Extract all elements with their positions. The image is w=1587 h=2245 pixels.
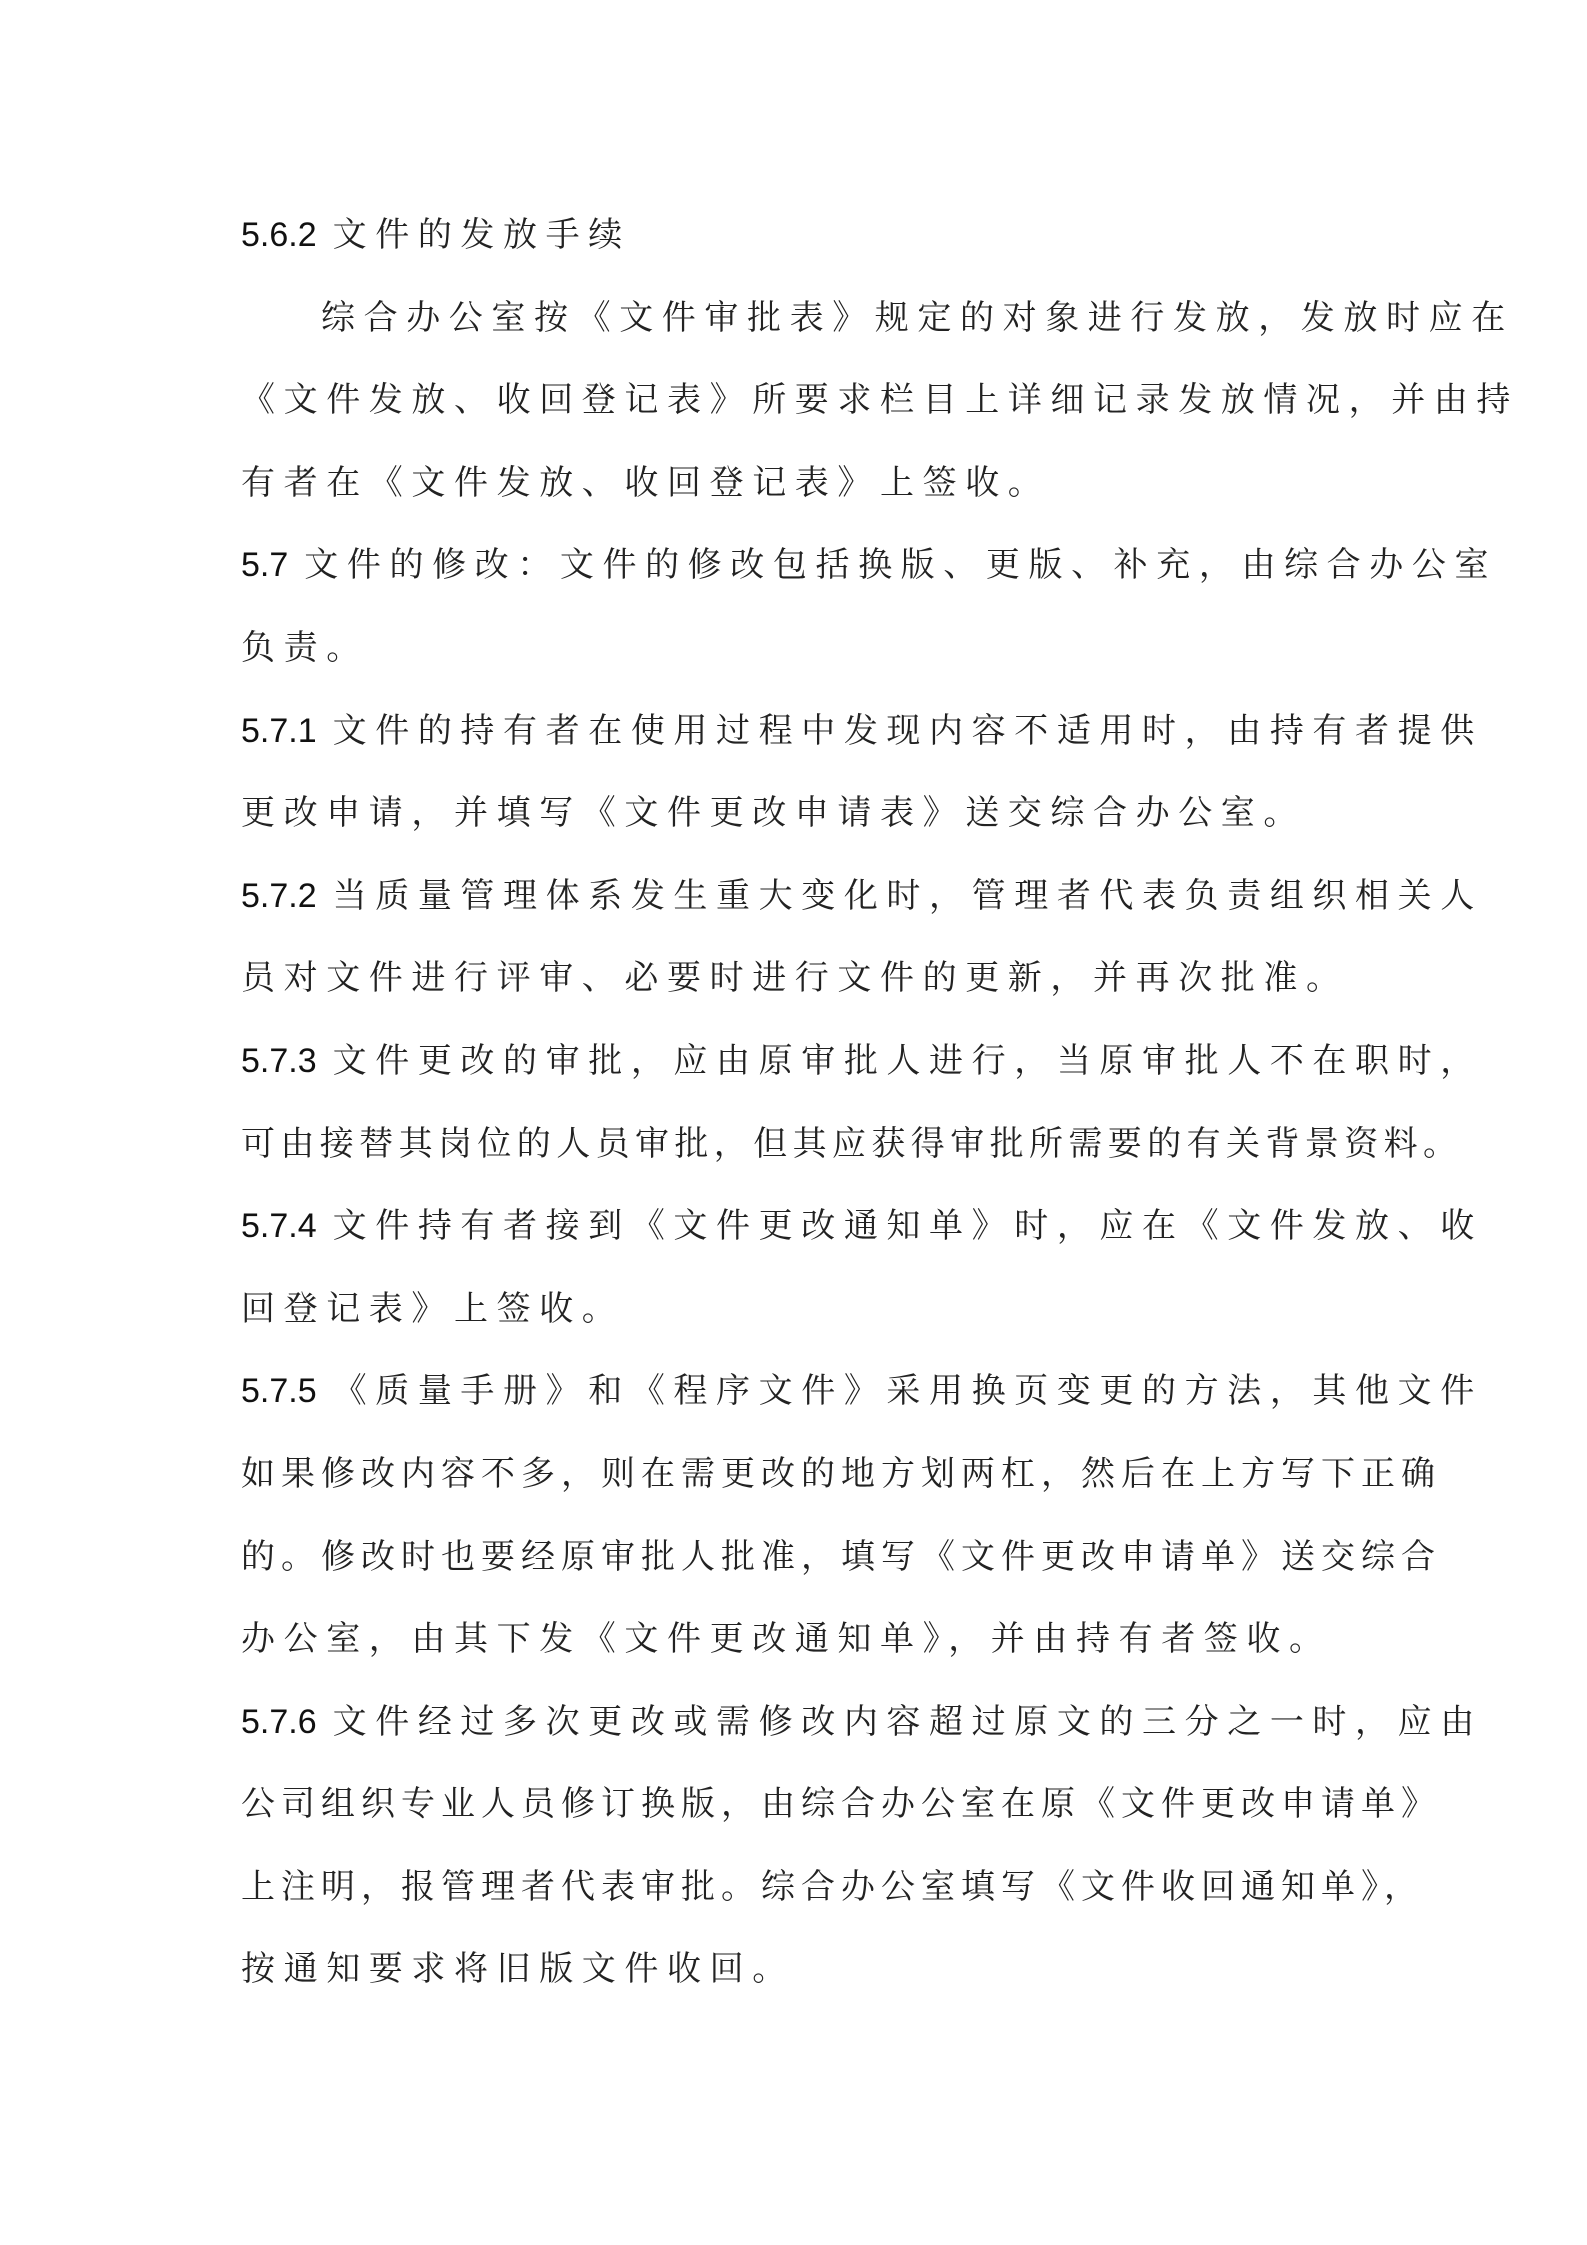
section-text: 文件持有者接到《文件更改通知单》时，应在《文件发放、收 (333, 1206, 1483, 1246)
section-5-7: 5.7文件的修改：文件的修改包括换版、更版、补充，由综合办公室 (241, 535, 1366, 618)
section-5-7-5: 5.7.5《质量手册》和《程序文件》采用换页变更的方法，其他文件 (241, 1361, 1366, 1444)
section-number: 5.7.3 (241, 1042, 317, 1080)
section-5-7-3: 5.7.3文件更改的审批，应由原审批人进行，当原审批人不在职时， (241, 1031, 1366, 1114)
section-number: 5.7 (241, 546, 288, 584)
section-text: 文件更改的审批，应由原审批人进行，当原审批人不在职时， (333, 1041, 1483, 1081)
section-number: 5.6.2 (241, 216, 317, 254)
paragraph-line: 有者在《文件发放、收回登记表》上签收。 (241, 453, 1366, 536)
paragraph-line: 更改申请，并填写《文件更改申请表》送交综合办公室。 (241, 783, 1366, 866)
document-page: 5.6.2文件的发放手续 综合办公室按《文件审批表》规定的对象进行发放，发放时应… (0, 0, 1587, 2245)
section-number: 5.7.5 (241, 1372, 317, 1410)
section-number: 5.7.4 (241, 1207, 317, 1245)
section-5-7-1: 5.7.1文件的持有者在使用过程中发现内容不适用时，由持有者提供 (241, 701, 1366, 784)
paragraph-line: 综合办公室按《文件审批表》规定的对象进行发放，发放时应在 (241, 288, 1366, 371)
section-5-7-6: 5.7.6文件经过多次更改或需修改内容超过原文的三分之一时，应由 (241, 1692, 1366, 1775)
section-text: 当质量管理体系发生重大变化时，管理者代表负责组织相关人 (333, 876, 1483, 916)
section-number: 5.7.1 (241, 712, 317, 750)
section-text: 文件的修改：文件的修改包括换版、更版、补充，由综合办公室 (304, 545, 1497, 585)
section-number: 5.7.6 (241, 1703, 317, 1741)
paragraph-line: 上注明，报管理者代表审批。综合办公室填写《文件收回通知单》， (241, 1857, 1366, 1940)
paragraph-line: 如果修改内容不多，则在需更改的地方划两杠，然后在上方写下正确 (241, 1444, 1366, 1527)
section-text: 文件的持有者在使用过程中发现内容不适用时，由持有者提供 (333, 711, 1483, 751)
section-heading-5-6-2: 5.6.2文件的发放手续 (241, 205, 1366, 288)
section-text: 文件经过多次更改或需修改内容超过原文的三分之一时，应由 (333, 1702, 1483, 1742)
section-text: 《质量手册》和《程序文件》采用换页变更的方法，其他文件 (333, 1371, 1483, 1411)
paragraph-line: 《文件发放、收回登记表》所要求栏目上详细记录发放情况，并由持 (241, 370, 1366, 453)
paragraph-line: 按通知要求将旧版文件收回。 (241, 1939, 1366, 2022)
paragraph-line: 回登记表》上签收。 (241, 1279, 1366, 1362)
section-title: 文件的发放手续 (333, 215, 631, 255)
paragraph-line: 负责。 (241, 618, 1366, 701)
section-5-7-2: 5.7.2当质量管理体系发生重大变化时，管理者代表负责组织相关人 (241, 866, 1366, 949)
paragraph-line: 的。修改时也要经原审批人批准，填写《文件更改申请单》送交综合 (241, 1527, 1366, 1610)
section-number: 5.7.2 (241, 877, 317, 915)
paragraph-line: 可由接替其岗位的人员审批，但其应获得审批所需要的有关背景资料。 (241, 1114, 1366, 1197)
paragraph-line: 公司组织专业人员修订换版，由综合办公室在原《文件更改申请单》 (241, 1774, 1366, 1857)
paragraph-line: 办公室，由其下发《文件更改通知单》，并由持有者签收。 (241, 1609, 1366, 1692)
section-5-7-4: 5.7.4文件持有者接到《文件更改通知单》时，应在《文件发放、收 (241, 1196, 1366, 1279)
paragraph-line: 员对文件进行评审、必要时进行文件的更新，并再次批准。 (241, 948, 1366, 1031)
document-body: 5.6.2文件的发放手续 综合办公室按《文件审批表》规定的对象进行发放，发放时应… (241, 205, 1366, 2022)
